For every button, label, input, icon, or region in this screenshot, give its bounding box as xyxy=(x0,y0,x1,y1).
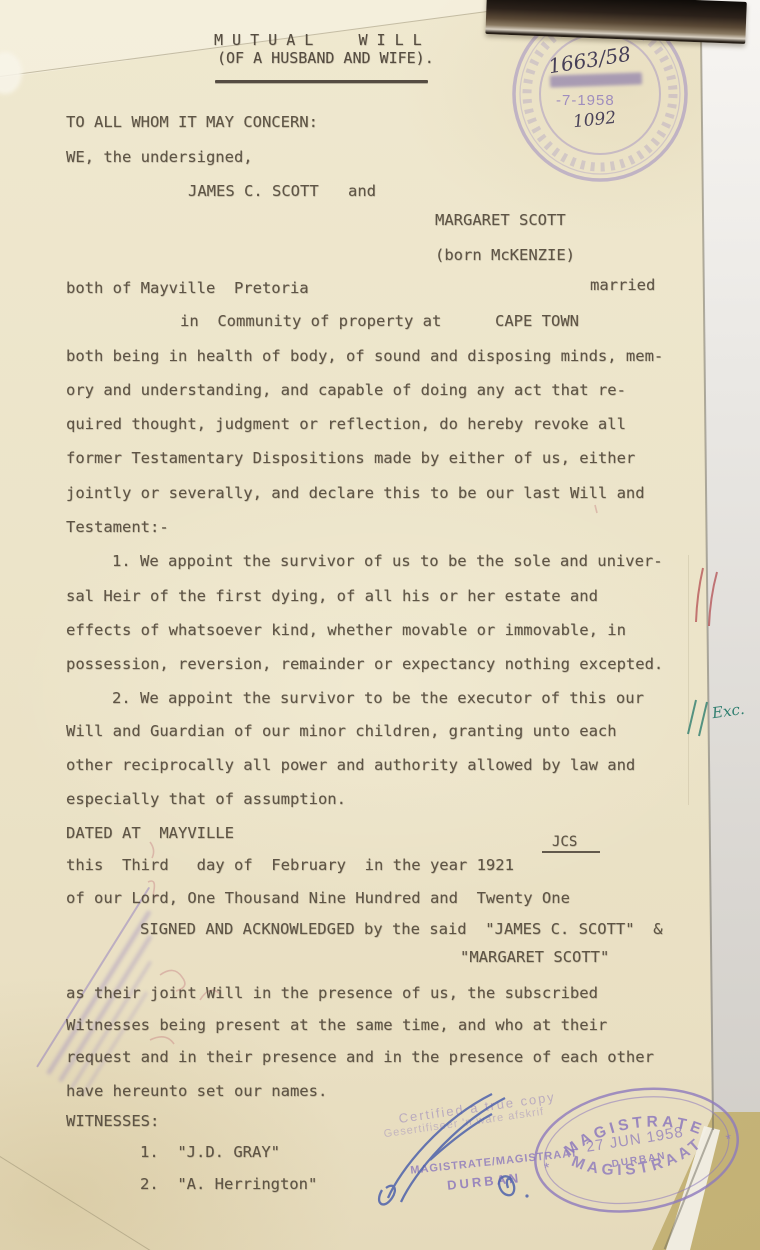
oval-stamp-star-left: * xyxy=(543,1159,551,1176)
magistrate-signature xyxy=(0,0,760,1250)
oval-stamp-star-right: * xyxy=(725,1130,733,1147)
scanned-will-photo: M U T U A L W I L L (OF A HUSBAND AND WI… xyxy=(0,0,760,1250)
